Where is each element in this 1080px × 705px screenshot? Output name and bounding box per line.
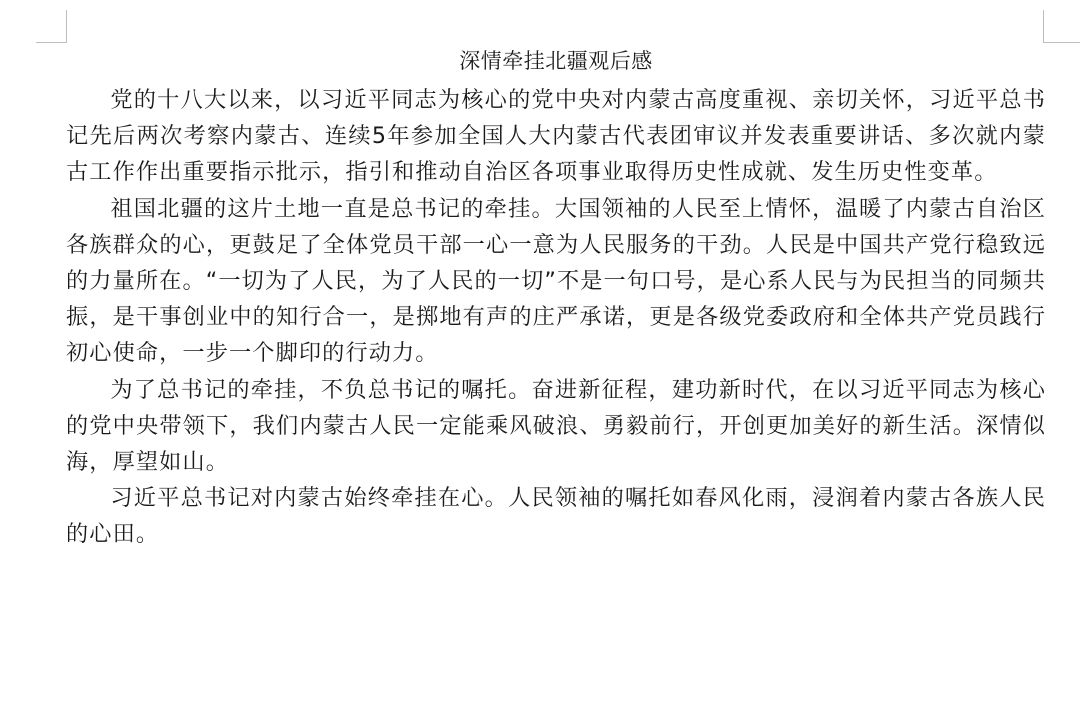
document-body[interactable]: 党的十八大以来，以习近平同志为核心的党中央对内蒙古高度重视、亲切关怀，习近平总书… xyxy=(66,82,1046,553)
document-page: 深情牵挂北疆观后感 党的十八大以来，以习近平同志为核心的党中央对内蒙古高度重视、… xyxy=(0,0,1080,705)
paragraph-2: 祖国北疆的这片土地一直是总书记的牵挂。大国领袖的人民至上情怀，温暖了内蒙古自治区… xyxy=(66,191,1046,372)
top-left-margin-marker xyxy=(36,10,67,43)
document-title: 深情牵挂北疆观后感 xyxy=(0,46,1080,76)
paragraph-3: 为了总书记的牵挂，不负总书记的嘱托。奋进新征程，建功新时代，在以习近平同志为核心… xyxy=(66,372,1046,481)
top-right-margin-marker xyxy=(1043,10,1080,43)
paragraph-1: 党的十八大以来，以习近平同志为核心的党中央对内蒙古高度重视、亲切关怀，习近平总书… xyxy=(66,82,1046,191)
paragraph-4: 习近平总书记对内蒙古始终牵挂在心。人民领袖的嘱托如春风化雨，浸润着内蒙古各族人民… xyxy=(66,480,1046,552)
